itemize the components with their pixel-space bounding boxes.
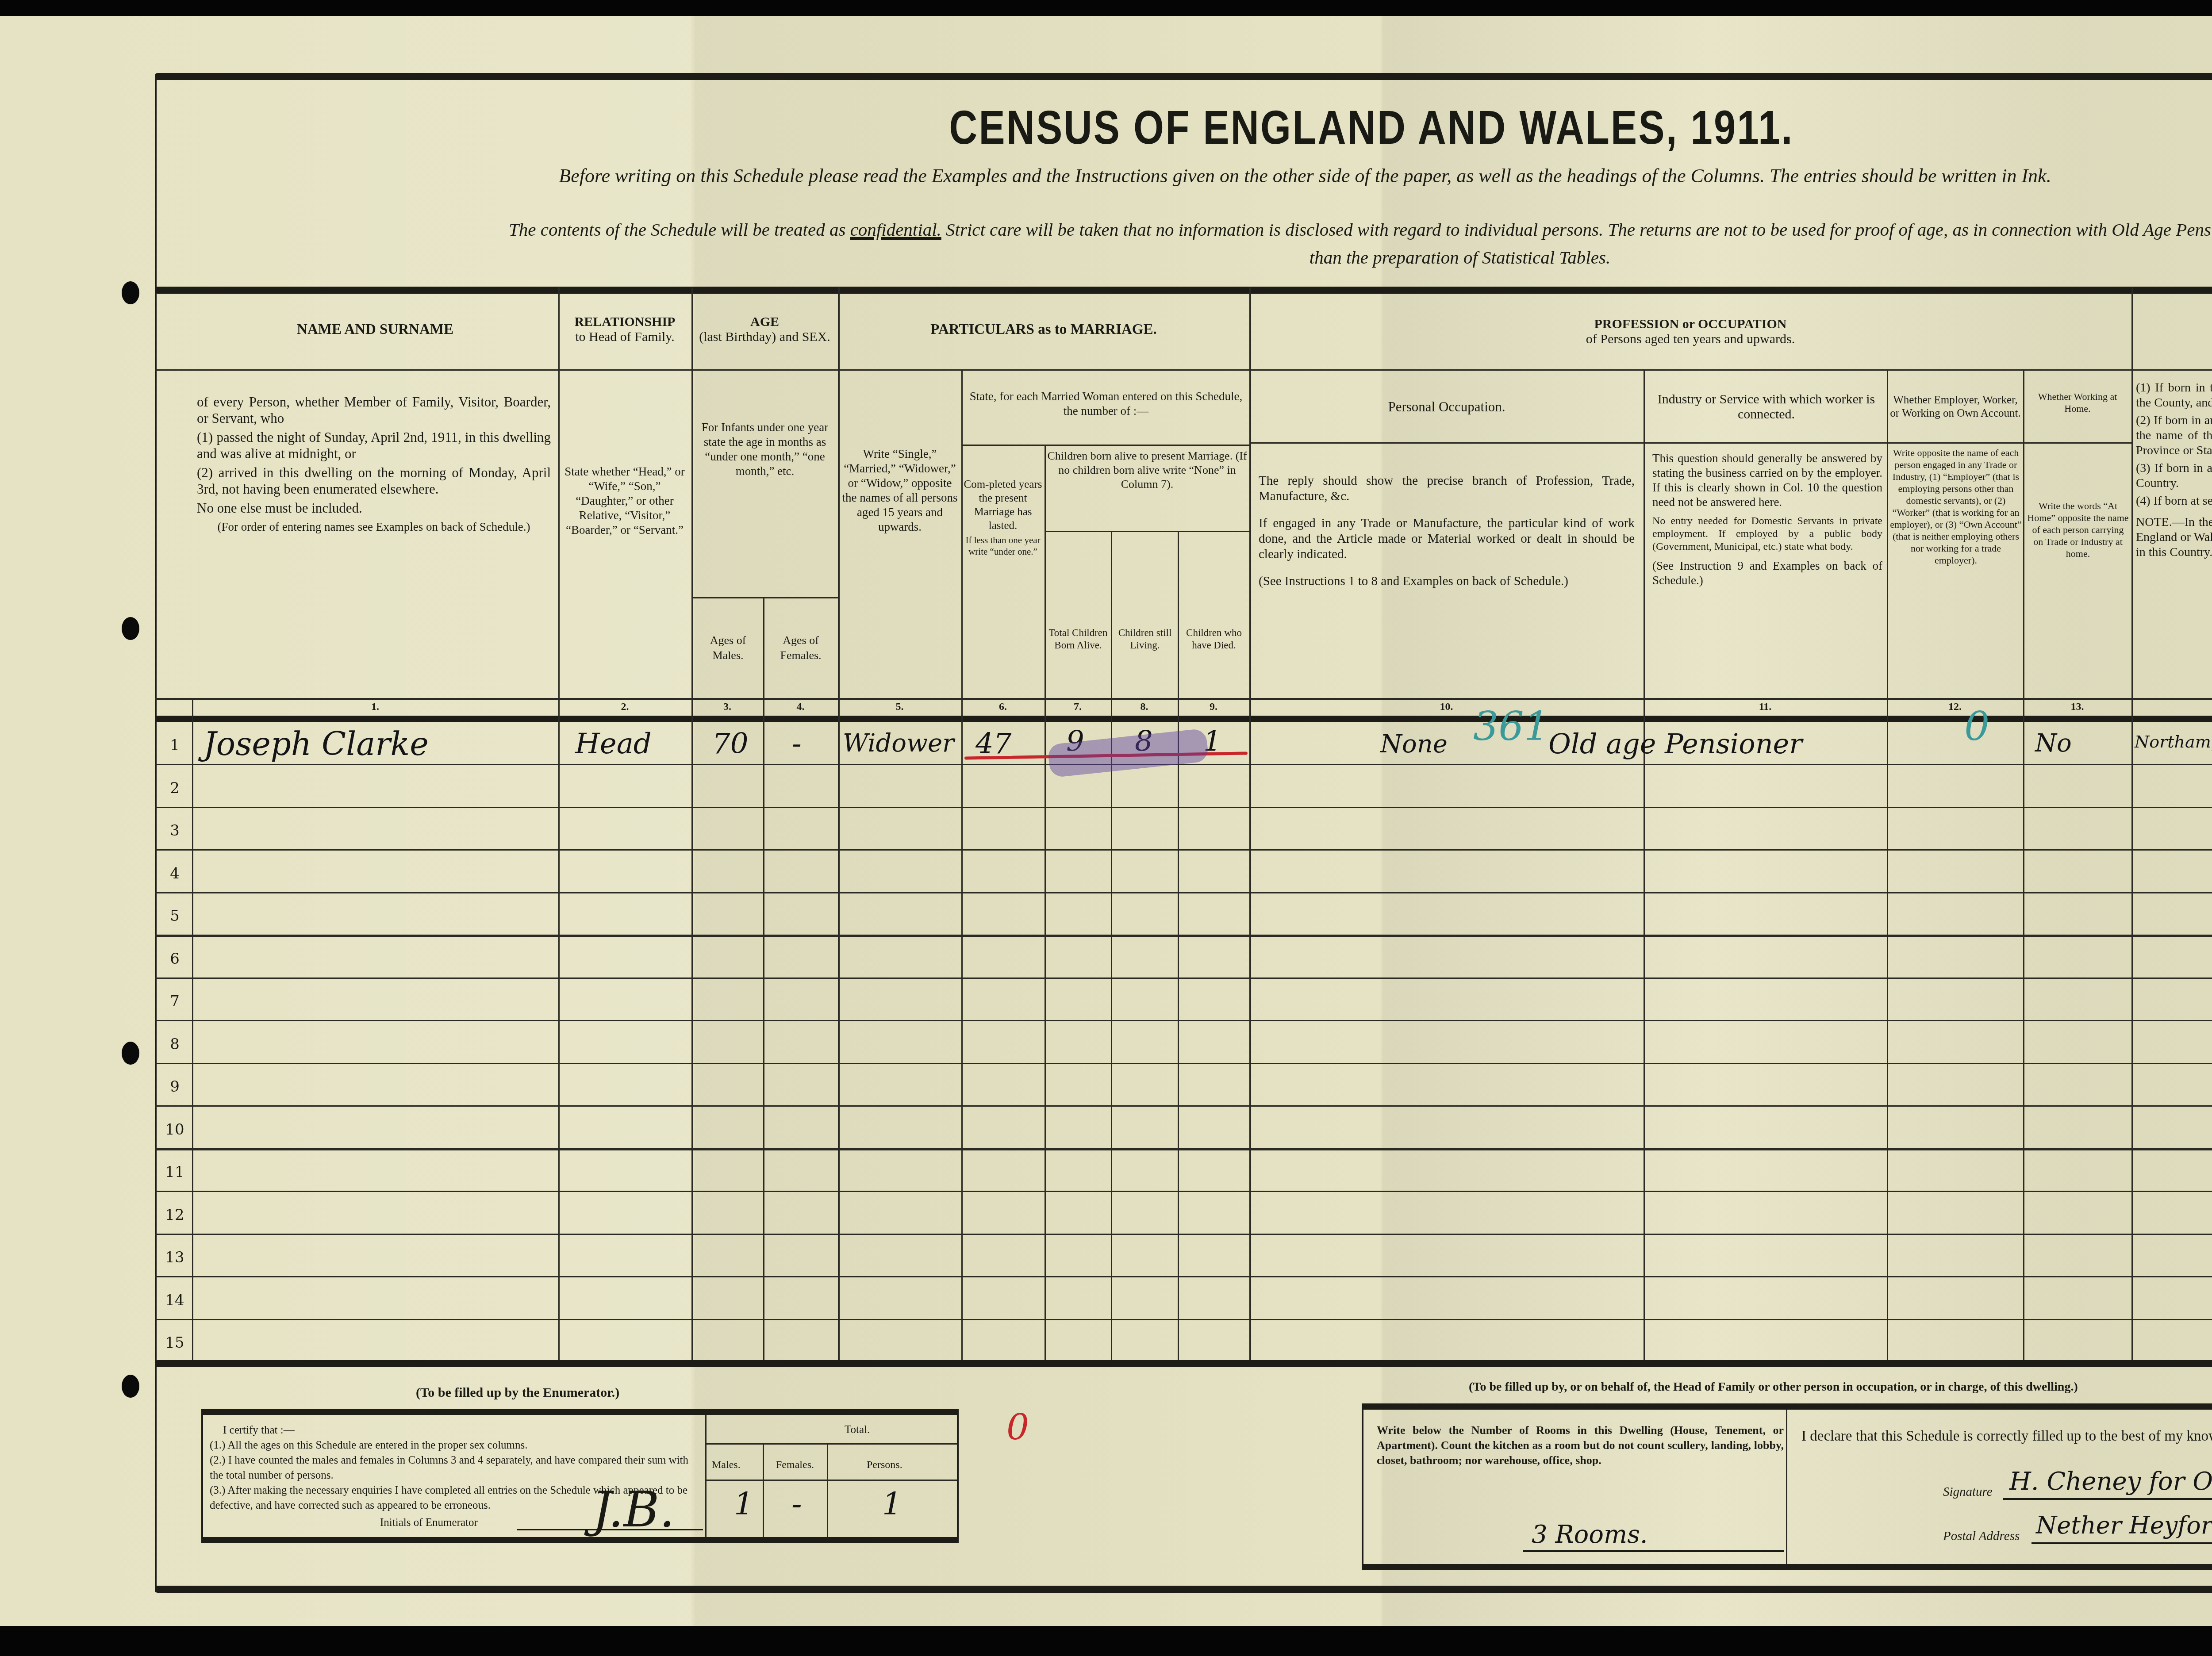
signature-label: Signature [1943, 1485, 1993, 1499]
occupation-split-rule [1249, 442, 2131, 444]
header-relationship: RELATIONSHIPto Head of Family. [558, 296, 691, 363]
signature-line [2003, 1498, 2212, 1500]
row-number: 4 [159, 865, 190, 882]
name-instructions: of every Person, whether Member of Famil… [197, 394, 551, 535]
row1-name[interactable]: Joseph Clarke [204, 725, 429, 763]
females-divider [827, 1443, 828, 1537]
row1-birthplace[interactable]: Northamptonshire Nether Heyford [2135, 732, 2212, 751]
age-split-rule [691, 597, 838, 598]
row1-occupation[interactable]: None [1380, 730, 1448, 759]
col-rule [1887, 369, 1888, 1360]
header-birthplace: BIRTHPLACEof every person. [2131, 301, 2212, 363]
occupier-declaration-box: Write below the Number of Rooms in this … [1362, 1403, 2212, 1570]
signature-value[interactable]: H. Cheney for Occupier [2009, 1467, 2212, 1496]
colnum-10: 10. [1249, 701, 1644, 713]
industry-instructions: This question should generally be answer… [1652, 451, 1882, 588]
colnum-2: 2. [558, 701, 691, 713]
punch-hole [122, 1042, 139, 1065]
row-number: 1 [159, 736, 190, 754]
row-rule [155, 1148, 2212, 1150]
row1-at-home[interactable]: No [2035, 729, 2072, 758]
col-rule [1249, 287, 1251, 1360]
row-rule [155, 1191, 2212, 1192]
red-zero-mark: 0 [1006, 1407, 1029, 1448]
row-number: 11 [159, 1163, 190, 1181]
children-split-rule [1045, 531, 1249, 532]
colnum-7: 7. [1045, 701, 1111, 713]
instruction-line: Before writing on this Schedule please r… [199, 165, 2212, 187]
data-top-rule [155, 716, 2212, 722]
postal-address-value[interactable]: Nether Heyford Northamptonshire [2036, 1511, 2212, 1539]
colnum-top-rule [155, 698, 2212, 700]
children-living-label: Children still Living. [1113, 602, 1177, 677]
row1-occupation-code: 361 [1473, 703, 1549, 750]
employer-label: Whether Employer, Worker, or Working on … [1889, 374, 2022, 440]
males-count[interactable]: 1 [734, 1486, 754, 1522]
header-age: AGE(last Birthday) and SEX. [691, 296, 838, 363]
row-number: 13 [159, 1249, 190, 1266]
row1-age-male[interactable]: 70 [712, 728, 748, 760]
row-number: 2 [159, 779, 190, 797]
row1-relationship[interactable]: Head [575, 728, 652, 760]
age-instructions: For Infants under one year state the age… [695, 420, 835, 479]
row-number: 10 [159, 1121, 190, 1138]
rooms-count[interactable]: 3 Rooms. [1532, 1520, 1648, 1549]
row1-industry[interactable]: Old age Pensioner [1548, 728, 1802, 760]
rooms-instructions: Write below the Number of Rooms in this … [1377, 1423, 1784, 1468]
row-number: 6 [159, 950, 190, 968]
persons-header: Persons. [867, 1459, 902, 1471]
col-rule [1178, 531, 1179, 1360]
colnum-1: 1. [192, 701, 558, 713]
marriage-split-rule [961, 445, 1249, 446]
row1-years-married[interactable]: 47 [975, 728, 1011, 760]
home-instructions: Write the words “At Home” opposite the n… [2026, 500, 2130, 560]
col-rule [558, 287, 560, 1360]
age-females-label: Ages of Females. [765, 610, 836, 686]
total-label: Total. [845, 1424, 870, 1436]
row-rule [155, 1105, 2212, 1107]
col-rule [1045, 445, 1046, 1360]
colnum-3: 3. [691, 701, 763, 713]
females-count[interactable]: - [791, 1486, 802, 1522]
row1-age-female[interactable]: - [792, 728, 802, 760]
males-divider [763, 1443, 764, 1537]
colnum-14: 14. [2131, 701, 2212, 713]
postal-address-label: Postal Address [1943, 1529, 2020, 1544]
row1-marital[interactable]: Widower [843, 729, 954, 758]
header-name: NAME AND SURNAME [192, 292, 558, 367]
row-rule [155, 1020, 2212, 1021]
header-occupation: PROFESSION or OCCUPATIONof Persons aged … [1249, 301, 2131, 363]
footer-bottom-rule [155, 1586, 2212, 1593]
row-rule [155, 892, 2212, 893]
marital-instructions: Write “Single,” “Married,” “Widower,” or… [841, 447, 959, 534]
enumerator-certification-box: I certify that :— (1.) All the ages on t… [201, 1409, 959, 1543]
colnum-11: 11. [1644, 701, 1887, 713]
row-rule [155, 977, 2212, 979]
row-rule [155, 807, 2212, 808]
personal-occupation-label: Personal Occupation. [1252, 376, 1641, 438]
employer-instructions: Write opposite the name of each person e… [1890, 447, 2022, 566]
total-rule [705, 1443, 957, 1445]
row-number: 3 [159, 822, 190, 839]
col-rule [2131, 287, 2133, 1360]
row-rule [155, 1319, 2212, 1320]
row-number: 12 [159, 1206, 190, 1224]
row-rule [155, 849, 2212, 851]
row-number: 8 [159, 1035, 190, 1053]
top-rule [155, 73, 2212, 80]
enumerator-caption: (To be filled up by the Enumerator.) [416, 1385, 619, 1400]
occupier-caption: (To be filled up by, or on behalf of, th… [1469, 1380, 2078, 1394]
colnum-6: 6. [961, 701, 1045, 713]
confidentiality-notice-line2: than the preparation of Statistical Tabl… [155, 247, 2212, 268]
col-rule [1111, 531, 1112, 1360]
rooms-underline [1523, 1550, 1784, 1552]
declaration-text: I declare that this Schedule is correctl… [1801, 1428, 2212, 1445]
persons-count[interactable]: 1 [882, 1486, 902, 1522]
birthplace-instructions: (1) If born in the United Kingdom, write… [2136, 380, 2212, 560]
header-marriage: PARTICULARS as to MARRIAGE. [838, 292, 1249, 367]
females-header: Females. [776, 1459, 814, 1471]
header-sub-rule [155, 369, 2212, 371]
colnum-12: 12. [1887, 701, 2023, 713]
married-woman-instructions: State, for each Married Woman entered on… [964, 389, 1248, 418]
years-married-label: Com-pleted years the present Marriage ha… [963, 478, 1043, 557]
enumerator-initials[interactable]: J.B. [592, 1481, 675, 1538]
personal-occupation-instructions: The reply should show the precise branch… [1259, 473, 1635, 589]
row-number: 5 [159, 907, 190, 925]
punch-hole [122, 617, 139, 640]
colnum-5: 5. [838, 701, 961, 713]
col-rule [192, 698, 193, 1360]
col-rule [838, 287, 840, 1360]
col-rule [961, 369, 963, 1360]
col-rule [1644, 369, 1645, 1360]
row-number: 14 [159, 1292, 190, 1309]
row-rule [155, 764, 2212, 765]
row-rule [155, 935, 2212, 937]
row-number: 9 [159, 1078, 190, 1096]
punch-hole [122, 281, 139, 304]
row-number: 15 [159, 1334, 190, 1352]
males-header: Males. [712, 1459, 741, 1471]
page-title: CENSUS OF ENGLAND AND WALES, 1911. [374, 100, 2212, 155]
children-born-instructions: Children born alive to present Marriage.… [1047, 449, 1247, 491]
children-died-label: Children who have Died. [1179, 602, 1248, 677]
total-children-label: Total Children Born Alive. [1046, 602, 1110, 677]
row1-employer-code: 0 [1964, 703, 1989, 750]
industry-label: Industry or Service with which worker is… [1648, 376, 1885, 438]
punch-hole [122, 1375, 139, 1398]
row-rule [155, 1063, 2212, 1064]
row-rule [155, 1276, 2212, 1277]
postal-address-line [2032, 1542, 2212, 1544]
col-rule [691, 287, 693, 1360]
confidential-word: confidential. [850, 219, 941, 240]
col-rule [2023, 369, 2024, 1360]
age-males-label: Ages of Males. [694, 610, 762, 686]
colnum-13: 13. [2023, 701, 2131, 713]
data-bottom-rule [155, 1360, 2212, 1367]
initials-label: Initials of Enumerator [380, 1517, 478, 1529]
colnum-9: 9. [1178, 701, 1249, 713]
total-divider [705, 1415, 707, 1537]
home-label: Whether Working at Home. [2024, 376, 2131, 429]
rooms-divider [1786, 1410, 1787, 1564]
row-rule [155, 1234, 2212, 1235]
row-number: 7 [159, 993, 190, 1010]
confidentiality-notice: The contents of the Schedule will be tre… [168, 219, 2212, 240]
counts-rule [705, 1480, 957, 1481]
colnum-4: 4. [763, 701, 838, 713]
colnum-8: 8. [1111, 701, 1178, 713]
relationship-instructions: State whether “Head,” or “Wife,” “Son,” … [563, 464, 687, 537]
